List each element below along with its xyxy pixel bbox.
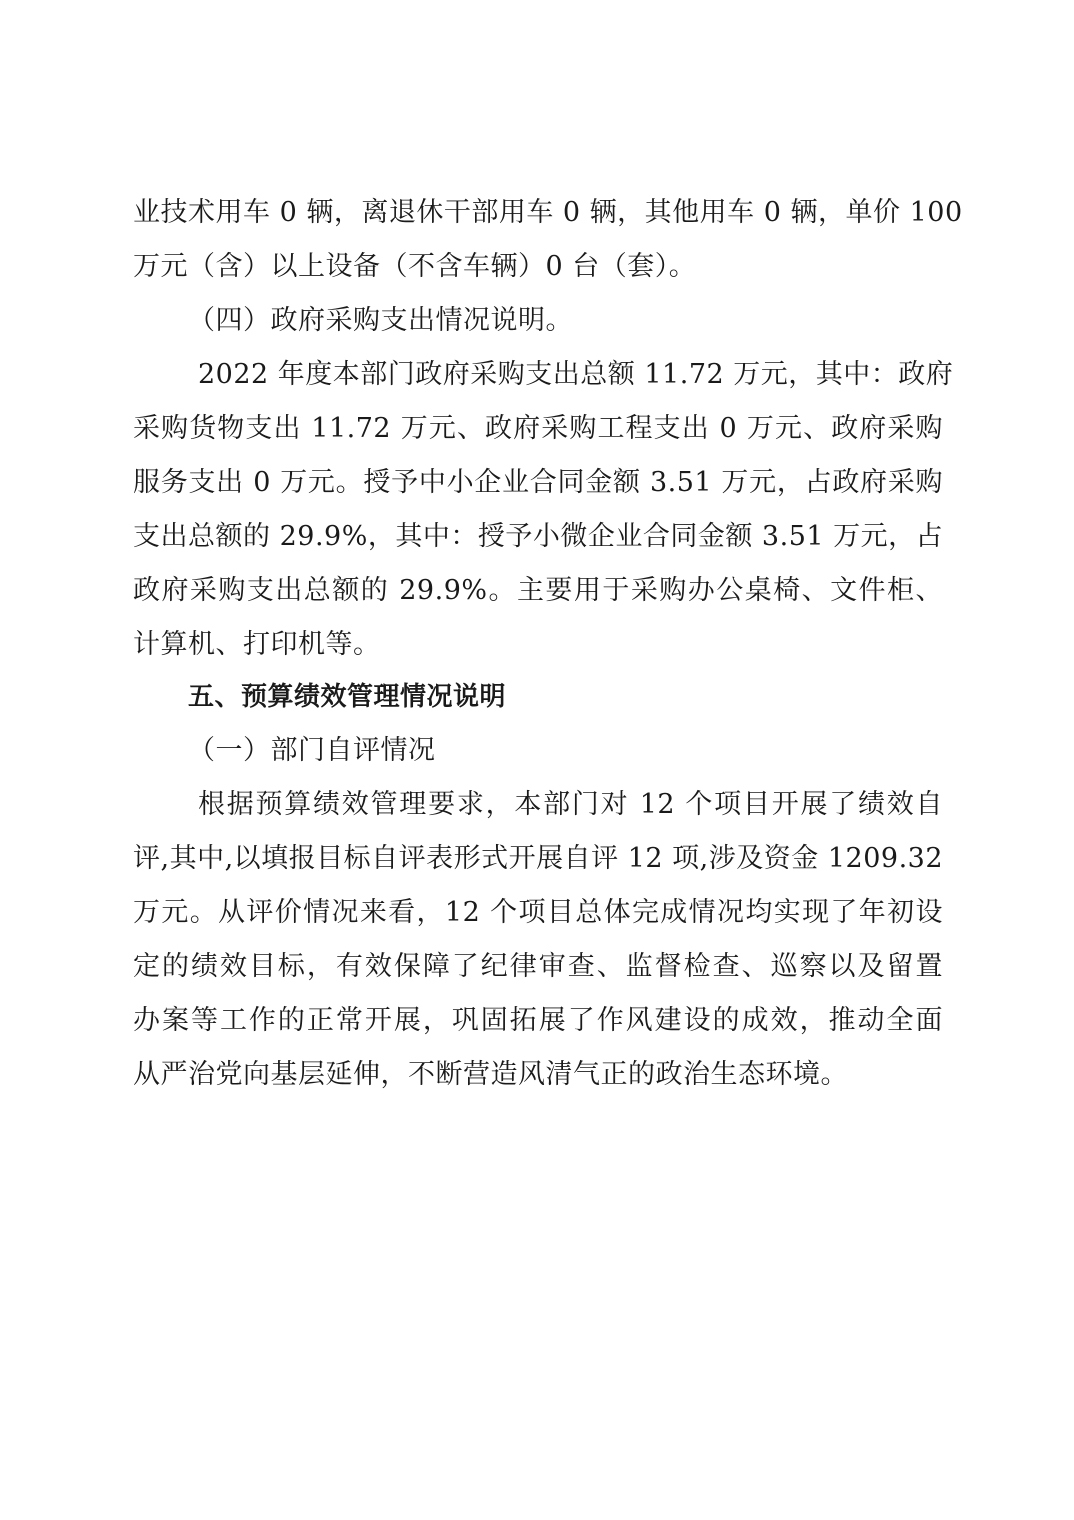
paragraph-line: 评,其中,以填报目标自评表形式开展自评 12 项,涉及资金 1209.32 [133,842,943,876]
paragraph-line: 政府采购支出总额的 29.9%。主要用于采购办公桌椅、文件柜、 [133,574,943,608]
section-heading-budget-performance: 五、预算绩效管理情况说明 [188,680,998,714]
paragraph-line: 定的绩效目标，有效保障了纪律审查、监督检查、巡察以及留置 [133,950,943,984]
paragraph-line: 根据预算绩效管理要求，本部门对 12 个项目开展了绩效自 [198,788,943,822]
paragraph-line: 业技术用车 0 辆，离退休干部用车 0 辆，其他用车 0 辆，单价 100 [133,196,943,230]
paragraph-line: 服务支出 0 万元。授予中小企业合同金额 3.51 万元，占政府采购 [133,466,943,500]
paragraph-line: 万元。从评价情况来看，12 个项目总体完成情况均实现了年初设 [133,896,943,930]
paragraph-line: 支出总额的 29.9%，其中：授予小微企业合同金额 3.51 万元，占 [133,520,943,554]
subheading-government-procurement: （四）政府采购支出情况说明。 [188,304,998,338]
paragraph-line: 万元（含）以上设备（不含车辆）0 台（套）。 [133,250,943,284]
document-page: 业技术用车 0 辆，离退休干部用车 0 辆，其他用车 0 辆，单价 100 万元… [0,0,1074,1520]
paragraph-line: 办案等工作的正常开展，巩固拓展了作风建设的成效，推动全面 [133,1004,943,1038]
paragraph-line: 从严治党向基层延伸，不断营造风清气正的政治生态环境。 [133,1058,943,1092]
paragraph-line: 2022 年度本部门政府采购支出总额 11.72 万元，其中：政府 [198,358,943,392]
subheading-self-evaluation: （一）部门自评情况 [188,734,998,768]
paragraph-line: 采购货物支出 11.72 万元、政府采购工程支出 0 万元、政府采购 [133,412,943,446]
paragraph-line: 计算机、打印机等。 [133,628,943,662]
